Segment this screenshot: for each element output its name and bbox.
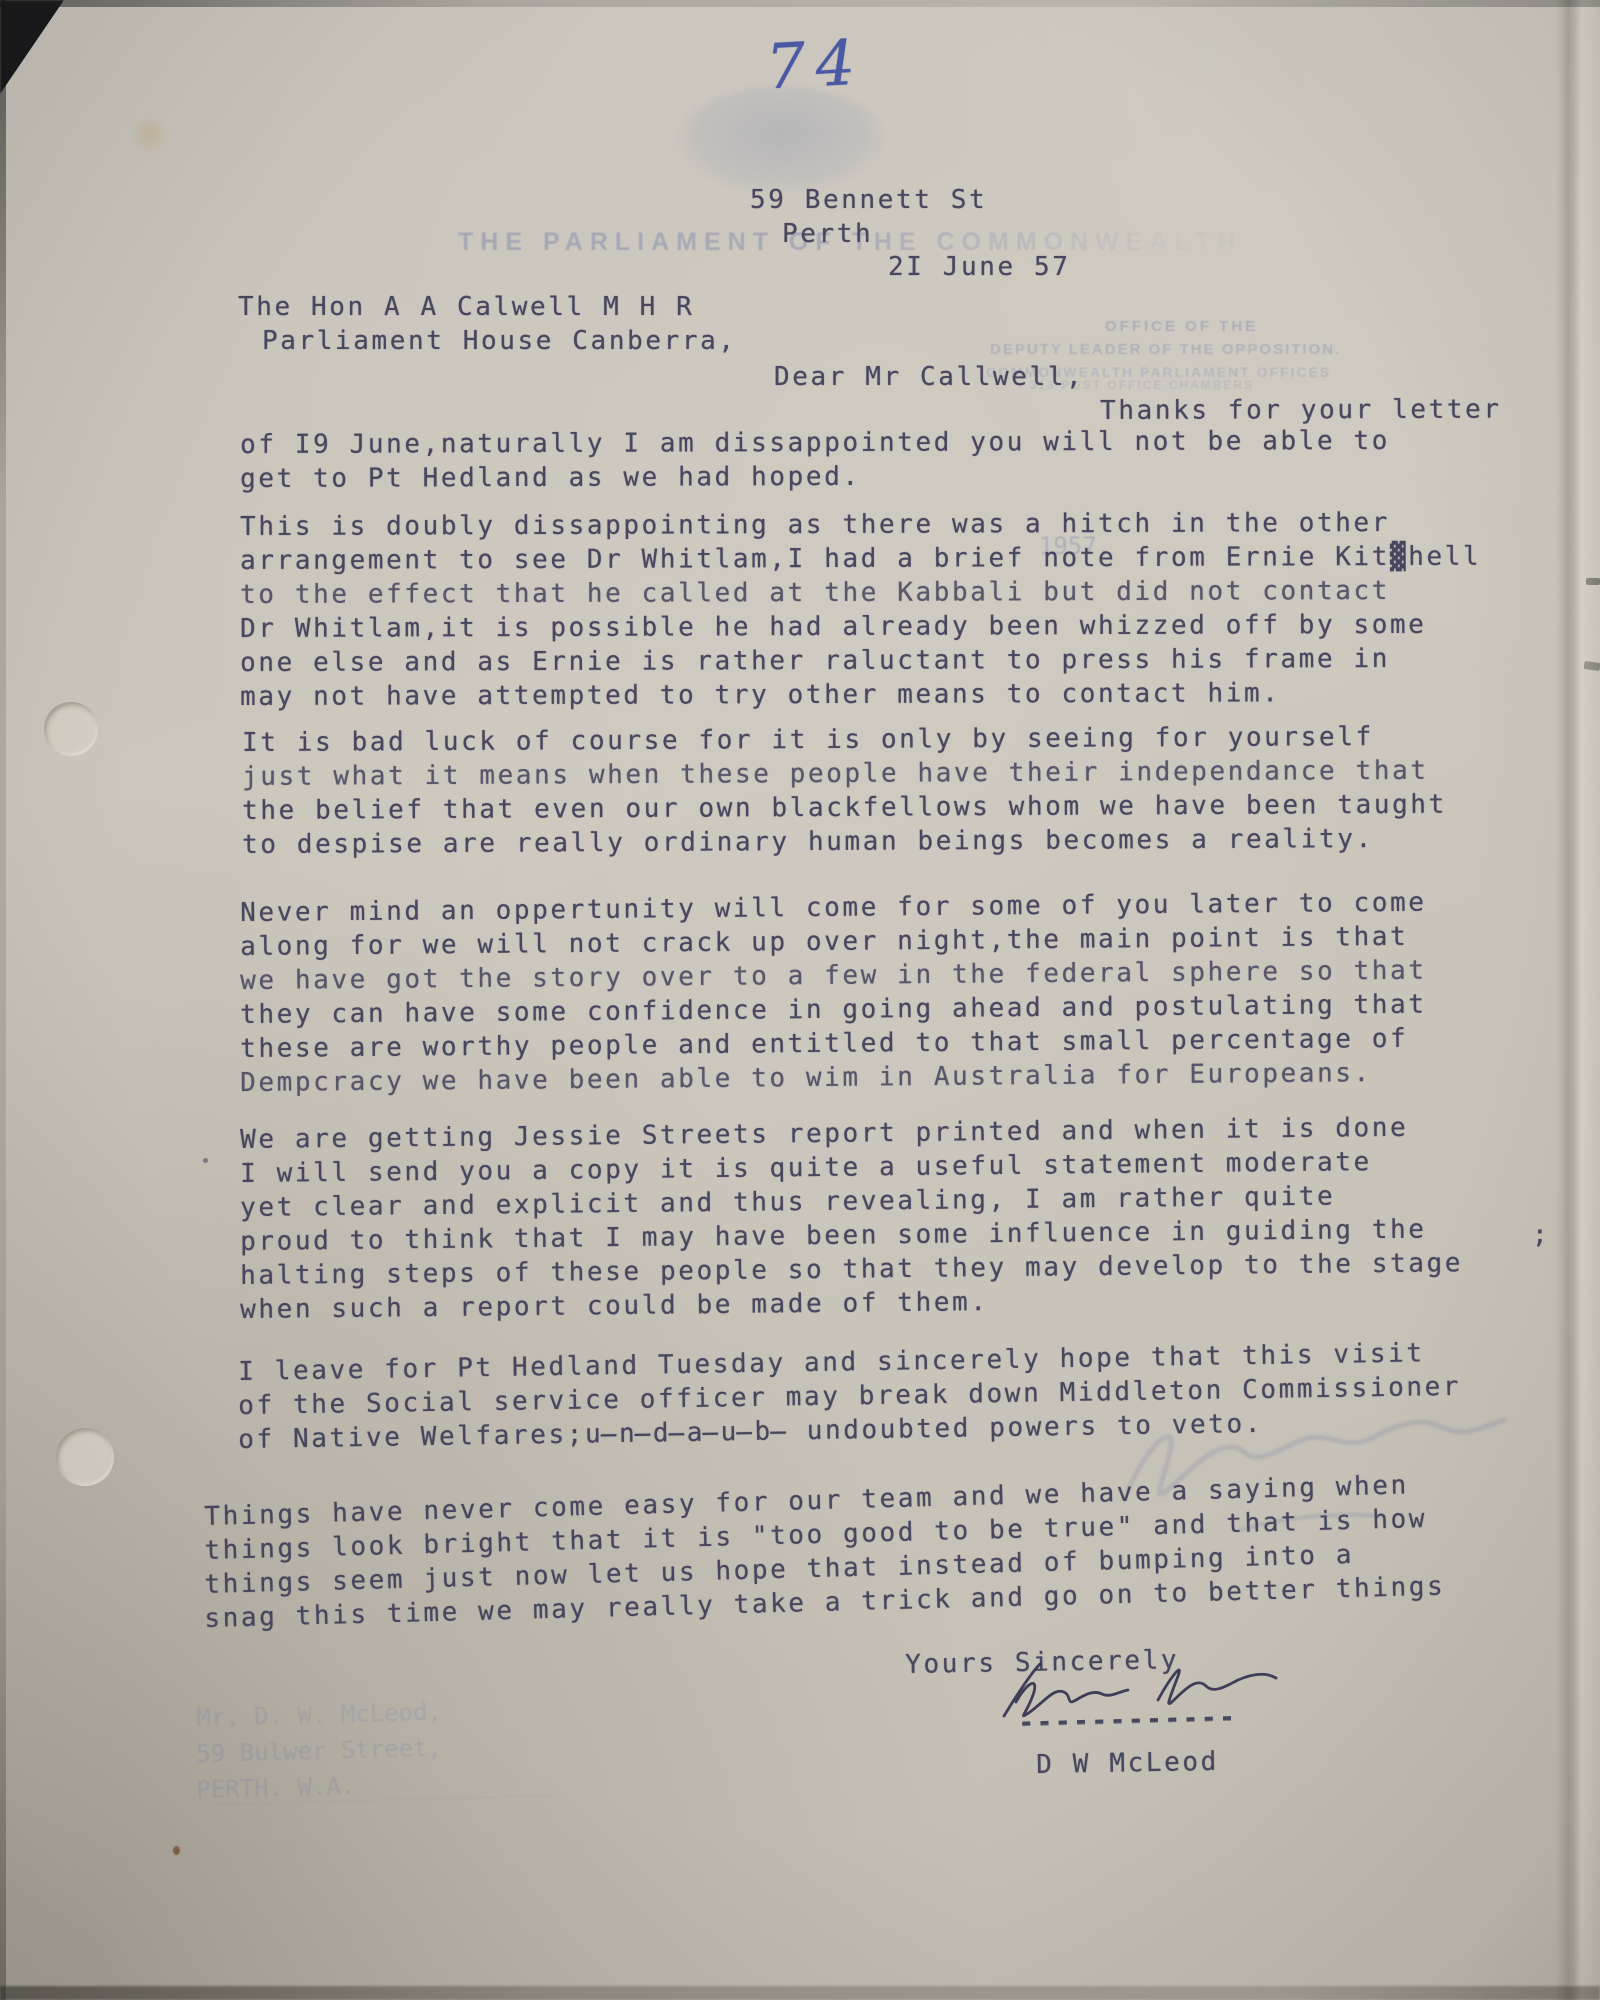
valediction: Yours Sincerely: [905, 1643, 1179, 1682]
paragraph2-line: Dr Whitlam,it is possible he had already…: [240, 608, 1427, 646]
paragraph3-line: to despise are really ordinary human bei…: [242, 822, 1374, 862]
reverse-ghost-line1: Mr. D. W. McLeod,: [196, 1698, 442, 1732]
page-number-handwritten: 74: [764, 25, 867, 103]
left-edge-shadow: [0, 0, 6, 2000]
office-ghost-line2: DEPUTY LEADER OF THE OPPOSITION.: [990, 341, 1341, 358]
reverse-ghost-line2: 59 Bulwer Street,: [196, 1734, 442, 1768]
paragraph2-line: This is doubly dissappointing as there w…: [240, 506, 1390, 544]
paragraph1-line: of I9 June,naturally I am dissappointed …: [240, 424, 1390, 462]
letter-photo: THE PARLIAMENT OF THE COMMONWEALTH OFFIC…: [0, 0, 1600, 2000]
reverse-ghost-line3: PERTH. W.A.: [196, 1767, 557, 1806]
paragraph1-opening: Thanks for your letter: [1100, 393, 1502, 428]
brown-speck: [173, 1846, 180, 1855]
sender-address-line2: Perth: [782, 217, 873, 251]
paragraph2-line: arrangement to see Dr Whitlam,I had a br…: [240, 540, 1481, 578]
punch-hole-bottom: [56, 1428, 114, 1486]
ink-speck: [203, 1158, 208, 1163]
punch-hole-top: [44, 702, 98, 756]
recipient-line1: The Hon A A Calwell M H R: [238, 290, 694, 324]
sender-address-line1: 59 Bennett St: [750, 183, 987, 217]
office-ghost-line1: OFFICE OF THE: [1105, 318, 1258, 335]
stray-ink-mark: ;: [1532, 1218, 1550, 1252]
signature-rule: ------------: [1018, 1700, 1238, 1740]
letter-date: 2I June 57: [888, 250, 1071, 284]
paragraph1-line: get to Pt Hedland as we had hoped.: [240, 460, 861, 496]
salutation: Dear Mr Callwell,: [774, 360, 1084, 394]
paragraph5-line: when such a report could be made of them…: [240, 1285, 989, 1327]
paper-stain: [128, 118, 172, 152]
paragraph2-line: one else and as Ernie is rather raluctan…: [240, 642, 1390, 680]
recipient-line2: Parliament House Canberra,: [262, 324, 737, 358]
paragraph2-line: to the effect that he called at the Kabb…: [240, 574, 1390, 612]
signatory-name: D W McLeod: [1036, 1745, 1219, 1782]
top-left-corner-shadow: [0, 0, 64, 94]
bottom-edge-shadow: [0, 1986, 1600, 2000]
top-edge-shadow: [0, 0, 1600, 7]
right-sheet-edge: [1556, 0, 1600, 2000]
paragraph2-line: may not have attempted to try other mean…: [240, 676, 1281, 714]
